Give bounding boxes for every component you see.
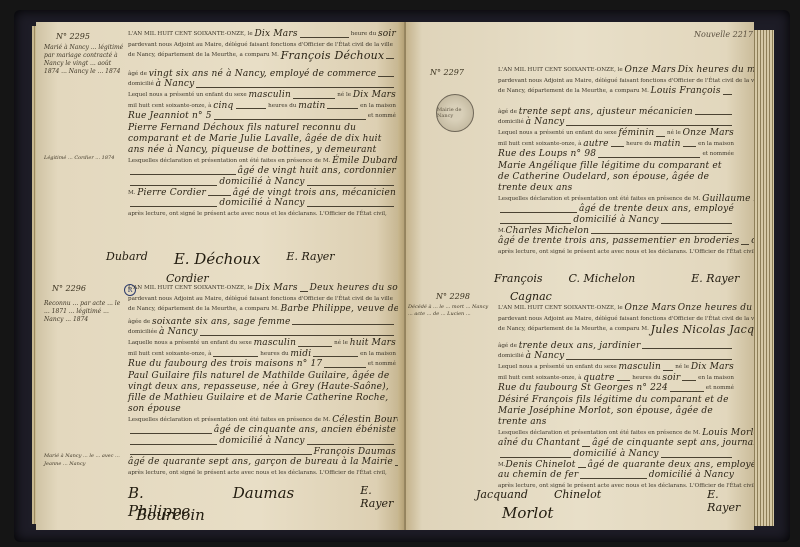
declarant-name: Barbe Philippe, veuve de Jean Baptiste G…: [281, 305, 406, 315]
printed-header: L'AN MIL HUIT CENT SOIXANTE-ONZE, le: [498, 66, 623, 76]
signature: Morlot: [502, 504, 553, 522]
witness2-age: âgé de trente trois ans, passementier en…: [498, 237, 739, 247]
printed-line: de Nancy, département de la Meurthe, a c…: [128, 51, 279, 61]
printed-line: mil huit cent soixante-onze, à: [498, 374, 581, 384]
printed-header: L'AN MIL HUIT CENT SOIXANTE-ONZE, le: [498, 304, 623, 314]
printed-label: domicilié: [498, 352, 524, 362]
printed-label: et nommé: [368, 112, 396, 122]
witness1-age: âgé de vingt huit ans, cordonnier: [238, 167, 396, 177]
printed-line: mil huit cent soixante-onze, à: [128, 102, 211, 112]
printed-label: né le: [337, 91, 351, 101]
witness2-domicile: domicilié à Nancy: [649, 471, 734, 481]
birth-act-2297: L'AN MIL HUIT CENT SOIXANTE-ONZE, le Onz…: [498, 66, 734, 258]
witness2-domicile: domicilié à Nancy: [219, 199, 304, 209]
domicile-field: à Nancy: [159, 328, 198, 338]
time-field: matin: [298, 102, 325, 112]
signature: Bourcoin: [136, 506, 205, 524]
signature: Dubard: [106, 250, 148, 268]
witness1-name: Émile Dubard: [332, 157, 398, 167]
act-number: N° 2298: [436, 292, 470, 301]
age-occupation-field: soixante six ans, sage femme: [152, 318, 290, 328]
witness2-name: Charles Michelon: [506, 227, 590, 237]
signature: François: [494, 272, 542, 285]
witness1-domicile: domicilié à Nancy: [573, 216, 658, 226]
printed-label: et nommée: [702, 150, 734, 160]
folio-number: Nouvelle 2217: [694, 30, 753, 39]
printed-label: M.: [498, 227, 506, 237]
printed-line: mil huit cent soixante-onze, à: [128, 350, 211, 360]
printed-closing: après lecture, ont signé le présent acte…: [498, 248, 754, 258]
signature: E. Rayer: [707, 488, 754, 514]
signatures-2297-b: Cagnac: [510, 290, 552, 303]
printed-line: Lesquelles déclaration et présentation o…: [498, 429, 700, 439]
witness1-extra: aîné du Chantant: [498, 439, 580, 449]
signatures-2296-b: Bourcoin: [136, 506, 205, 524]
act-number: N° 2296: [52, 284, 86, 293]
printed-label: Lequel nous a présenté un enfant du sexe: [498, 129, 617, 139]
printed-label: M.: [128, 189, 136, 199]
witness1-domicile: domicilié à Nancy: [219, 178, 304, 188]
domicile-field: à Nancy: [526, 118, 565, 128]
time-field: matin: [653, 140, 680, 150]
declarant-name: Louis François: [651, 87, 721, 97]
printed-label: en la maison: [360, 350, 396, 360]
declarant-name: François Déchoux: [281, 51, 385, 61]
signature: C. Michelon: [568, 272, 635, 285]
witness2-domicile: domicilié à Nancy: [751, 237, 754, 247]
sex-field: féminin: [618, 129, 654, 139]
printed-line: de Nancy, département de la Meurthe, a c…: [128, 305, 279, 315]
child-details: Pierre Fernand Déchoux fils naturel reco…: [128, 123, 396, 156]
left-page: N° 2295 Marié à Nancy ... légitimé par m…: [36, 22, 406, 530]
hour-field: Dix heures du matin: [678, 66, 754, 76]
time-field: soir: [662, 374, 680, 384]
page-edges-right: [752, 30, 774, 526]
signature: Daumas: [233, 484, 295, 520]
witness2-age: âgé de vingt trois ans, mécanicien: [233, 189, 396, 199]
printed-header: L'AN MIL HUIT CENT SOIXANTE-ONZE, le: [128, 30, 253, 40]
witness1-age: âgé de trente deux ans, employé: [579, 205, 734, 215]
printed-label: heure du: [626, 140, 651, 150]
printed-label: né le: [334, 339, 348, 349]
printed-line: pardevant nous Adjoint au Maire, délégué…: [498, 77, 754, 87]
address-field: Rue des Loups n° 98: [498, 150, 596, 160]
printed-label: domiciliée: [128, 328, 157, 338]
margin-note: Marié à Nancy ... légitimé par mariage c…: [44, 44, 124, 76]
birth-date-field: Dix Mars: [353, 91, 396, 101]
birth-hour-field: quatre: [583, 374, 614, 384]
birth-date-field: huit Mars: [350, 339, 396, 349]
date-field: Onze Mars: [625, 66, 676, 76]
address-field: Rue du faubourg des trois maisons n° 17: [128, 360, 322, 370]
printed-label: en la maison: [360, 102, 396, 112]
printed-label: heures du: [268, 102, 296, 112]
signatures-2297: François C. Michelon E. Rayer: [494, 272, 739, 285]
time-field: midi: [290, 350, 311, 360]
birth-date-field: Onze Mars: [683, 129, 734, 139]
act-number: N° 2297: [430, 68, 464, 77]
witness1-name: Louis Morlot: [702, 429, 754, 439]
birth-hour-field: cinq: [213, 102, 233, 112]
printed-label: et nommé: [706, 384, 734, 394]
birth-act-2295: L'AN MIL HUIT CENT SOIXANTE-ONZE, le Dix…: [128, 30, 396, 220]
address-field: Rue Jeanniot n° 5: [128, 112, 212, 122]
margin-note: Décédé à ... le ... mort ... Nancy ... a…: [408, 304, 492, 318]
witness2-name: Denis Chinelot: [506, 461, 576, 471]
declarant-name: Jules Nicolas Jacquand: [651, 325, 754, 335]
printed-line: Lesquelles déclaration et présentation o…: [128, 416, 330, 426]
printed-label: M.: [498, 461, 506, 471]
printed-label: heures du: [260, 350, 288, 360]
age-occupation-field: trente sept ans, ajusteur mécanicien: [519, 108, 693, 118]
printed-label: né le: [675, 363, 689, 373]
signatures-2298-b: Morlot: [502, 504, 553, 522]
child-details: Désiré François fils légitime du compara…: [498, 395, 734, 428]
printed-label: heure du: [351, 30, 376, 40]
printed-label: âgé de: [498, 108, 517, 118]
address-field: Rue du faubourg St Georges n° 224: [498, 384, 668, 394]
hour-field: Onze heures du matin: [678, 304, 754, 314]
printed-label: et nommé: [368, 360, 396, 370]
margin-note: Reconnu ... par acte ... le ... 1871 ...…: [44, 300, 124, 324]
printed-header: L'AN MIL HUIT CENT SOIXANTE-ONZE, le: [128, 284, 253, 294]
witness2-extra: au chemin de fer: [498, 471, 578, 481]
witness1-age: âgé de cinquante sept ans, journalier: [592, 439, 754, 449]
date-field: Onze Mars: [625, 304, 676, 314]
right-page: Nouvelle 2217 Mairie de Nancy N° 2297 L'…: [406, 22, 754, 530]
birth-act-2296: L'AN MIL HUIT CENT SOIXANTE-ONZE, le Dix…: [128, 284, 396, 479]
printed-label: né le: [667, 129, 681, 139]
child-details: Paul Guilaire fils naturel de Mathilde G…: [128, 371, 396, 415]
age-occupation-field: trente deux ans, jardinier: [519, 342, 641, 352]
printed-label: âgé de: [498, 342, 517, 352]
birth-act-2298: L'AN MIL HUIT CENT SOIXANTE-ONZE, le Onz…: [498, 304, 734, 492]
witness1-age: âgé de cinquante ans, ancien ébéniste: [214, 426, 396, 436]
margin-note: Marié à Nancy ... le ... avec ... Jeanne…: [44, 452, 124, 468]
signature: Cagnac: [510, 290, 552, 303]
mairie-seal-icon: Mairie de Nancy: [436, 94, 474, 132]
printed-label: domicilié: [128, 80, 154, 90]
witness2-name: Pierre Cordier: [137, 189, 206, 199]
printed-line: Lesquelles déclaration et présentation o…: [498, 195, 700, 205]
witness1-name: Guillaume Lapierre: [702, 195, 754, 205]
sex-field: masculin: [248, 91, 291, 101]
printed-closing: après lecture, ont signé le présent acte…: [128, 469, 387, 479]
printed-label: domicilié: [498, 118, 524, 128]
birth-hour-field: autre: [583, 140, 608, 150]
printed-label: Lequel nous a présenté un enfant du sexe: [128, 91, 247, 101]
witness1-domicile: domicilié à Nancy: [219, 437, 304, 447]
child-details: Marie Angélique fille légitime du compar…: [498, 161, 734, 194]
hour-field: Deux heures du soir: [310, 284, 406, 294]
printed-label: âgé de: [128, 70, 147, 80]
witness1-name: Célestin Bourcoin: [332, 416, 406, 426]
printed-line: pardevant nous Adjoint au Maire, délégué…: [128, 295, 393, 305]
printed-line: mil huit cent soixante-onze, à: [498, 140, 581, 150]
domicile-field: à Nancy: [156, 80, 195, 90]
witness2-age: âgé de quarante sept ans, garçon de bure…: [128, 458, 393, 468]
printed-label: âgée de: [128, 318, 150, 328]
birth-date-field: Dix Mars: [691, 363, 734, 373]
domicile-field: à Nancy: [526, 352, 565, 362]
margin-note: Légitimé ... Cordier ... 1874: [44, 154, 122, 162]
signatures-2295: Dubard E. Déchoux E. Rayer: [106, 250, 335, 268]
printed-closing: après lecture, ont signé le présent acte…: [128, 210, 387, 220]
printed-label: Lequel nous a présenté un enfant du sexe: [498, 363, 617, 373]
printed-label: Laquelle nous a présenté un enfant du se…: [128, 339, 252, 349]
signature: E. Rayer: [286, 250, 334, 268]
printed-line: Lesquelles déclaration et présentation o…: [128, 157, 330, 167]
date-field: Dix Mars: [255, 30, 298, 40]
age-occupation-field: vingt six ans né à Nancy, employé de com…: [149, 70, 377, 80]
signature: E. Rayer: [691, 272, 739, 285]
signature: Chinelot: [554, 488, 601, 514]
sex-field: masculin: [254, 339, 297, 349]
sex-field: masculin: [618, 363, 661, 373]
hour-field: soir: [378, 30, 396, 40]
printed-label: en la maison: [698, 374, 734, 384]
printed-line: de Nancy, département de la Meurthe, a c…: [498, 325, 649, 335]
witness2-name: François Daumas: [314, 448, 396, 458]
act-number: N° 2295: [56, 32, 90, 41]
printed-label: heures du: [632, 374, 660, 384]
date-field: Dix Mars: [255, 284, 298, 294]
witness2-age: âgé de quarante deux ans, employé: [588, 461, 754, 471]
signature: E. Déchoux: [174, 250, 261, 268]
printed-label: en la maison: [698, 140, 734, 150]
printed-line: de Nancy, département de la Meurthe, a c…: [498, 87, 649, 97]
witness1-domicile: domicilié à Nancy: [573, 450, 658, 460]
